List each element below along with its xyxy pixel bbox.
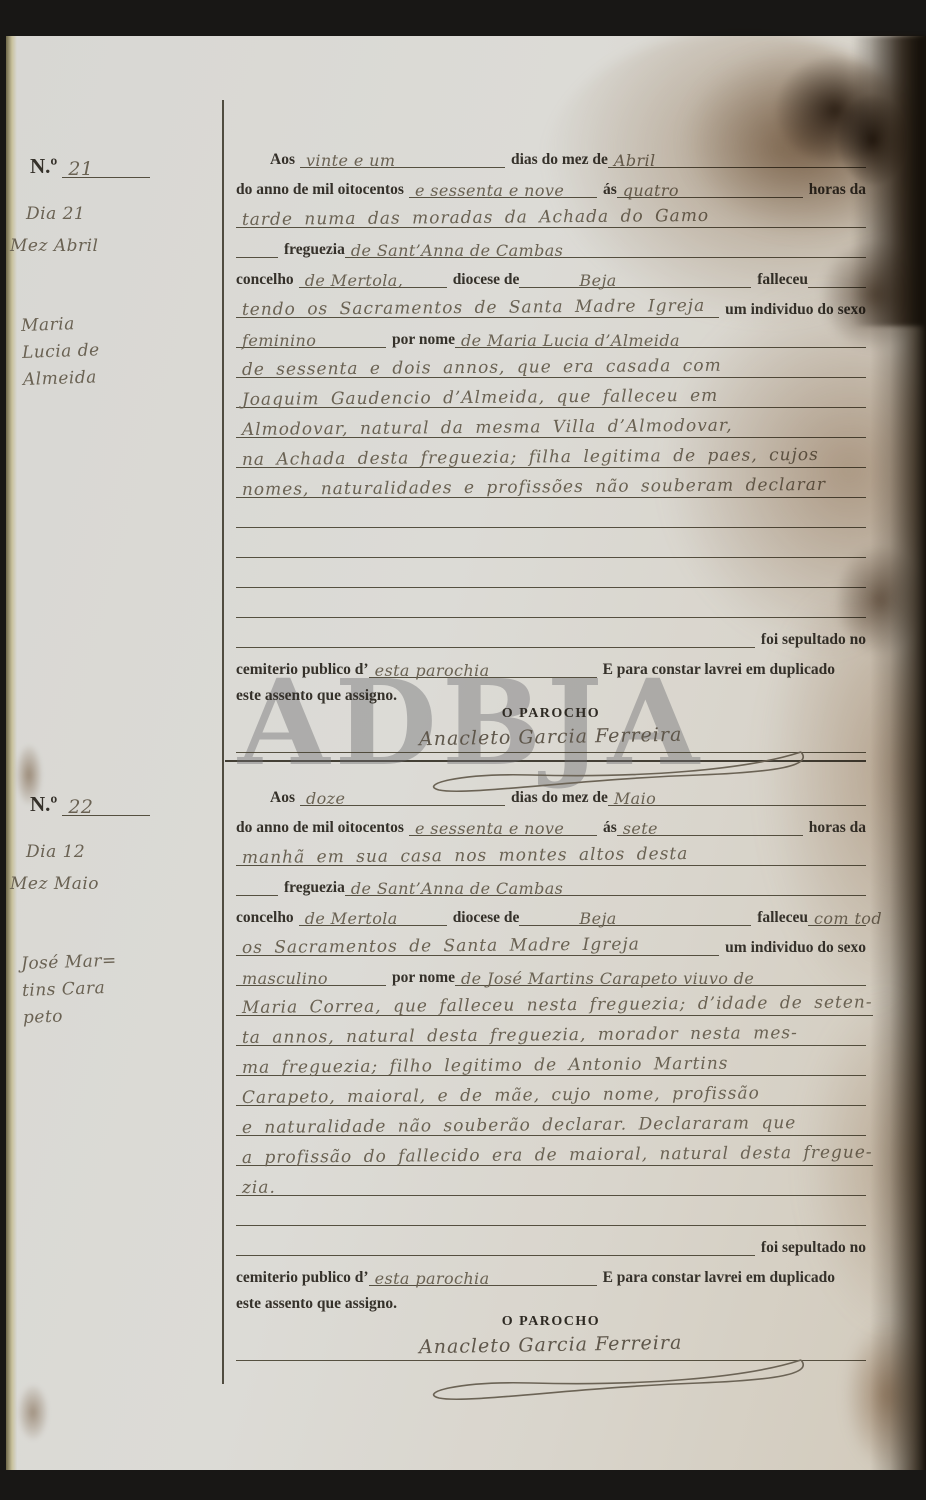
- margin-day: Dia 21: [26, 204, 85, 224]
- form-line-nome: masculino por nome de José Martins Carap…: [236, 956, 866, 986]
- label-aos: Aos: [270, 152, 300, 169]
- body-text-line: ma freguezia; filho legitimo de Antonio …: [236, 1046, 866, 1076]
- body-text-line: na Achada desta freguezia; filha legitim…: [236, 438, 866, 468]
- label-individuo-sexo: um individuo do sexo: [719, 940, 866, 957]
- label-freguezia: freguezia: [278, 880, 345, 897]
- form-line-assento: este assento que assigno.: [236, 678, 866, 704]
- margin-month: Mez Abril: [10, 236, 99, 256]
- fill-diocese: Beja: [519, 911, 616, 927]
- fill-parochia: esta parochia: [369, 1271, 490, 1287]
- body-text-line: zia.: [236, 1166, 866, 1196]
- body-text-line: nomes, naturalidades e profissões não so…: [236, 468, 866, 498]
- fill-month: Abril: [608, 153, 656, 169]
- form-line-date: Aos vinte e um dias do mez de Abril: [236, 138, 866, 168]
- label-concelho: concelho: [236, 272, 299, 289]
- form-line-sacramentos: tendo os Sacramentos de Santa Madre Igre…: [236, 288, 866, 318]
- death-record-entry-2: N.º 22 Dia 12 Mez Maio José Mar= tins Ca…: [0, 776, 866, 1361]
- fill-body-line: na Achada desta freguezia; filha legitim…: [236, 447, 819, 469]
- form-line-nome: feminino por nome de Maria Lucia d’Almei…: [236, 318, 866, 348]
- label-este-assento: este assento que assigno.: [236, 688, 402, 705]
- form-line-cemiterio: cemiterio publico d’ esta parochia E par…: [236, 648, 866, 678]
- fill-hour: sete: [617, 821, 658, 837]
- fill-nome: de José Martins Carapeto viuvo de: [455, 971, 754, 987]
- register-scan-page: ADBJA N.º 21 Dia 21 Mez Abril Maria Luci…: [0, 0, 926, 1500]
- label-diocese: diocese de: [447, 910, 520, 927]
- form-line-place: manhã em sua casa nos montes altos desta: [236, 836, 866, 866]
- label-dias-do-mez: dias do mez de: [505, 790, 608, 807]
- name-line: peto: [23, 999, 194, 1032]
- fill-sacramentos: tendo os Sacramentos de Santa Madre Igre…: [236, 298, 705, 319]
- form-line-sacramentos: os Sacramentos de Santa Madre Igreja um …: [236, 926, 866, 956]
- signature-flourish: [411, 1354, 811, 1416]
- name-line: Almeida: [23, 361, 194, 394]
- label-foi-sepultado: foi sepultado no: [755, 632, 866, 649]
- death-record-entry-1: N.º 21 Dia 21 Mez Abril Maria Lucia de A…: [0, 138, 866, 753]
- label-cemiterio: cemiterio publico d’: [236, 662, 369, 679]
- fill-body-line: a profissão do fallecido era de maioral,…: [236, 1144, 873, 1167]
- form-line-sepultado: foi sepultado no: [236, 618, 866, 648]
- fill-body-line: nomes, naturalidades e profissões não so…: [236, 477, 826, 499]
- label-horas-da: horas da: [803, 182, 866, 199]
- body-text-line: Maria Correa, que falleceu nesta freguez…: [236, 986, 866, 1016]
- fill-day-words: vinte e um: [300, 153, 395, 169]
- label-aos: Aos: [270, 790, 300, 807]
- fill-body-line: Carapeto, maioral, e de mãe, cujo nome, …: [236, 1085, 760, 1107]
- fill-year-words: e sessenta e nove: [409, 183, 564, 199]
- fill-body-line: ma freguezia; filho legitimo de Antonio …: [236, 1056, 729, 1077]
- margin-deceased-name: José Mar= tins Cara peto: [21, 945, 194, 1032]
- signature-line: Anacleto Garcia Ferreira: [236, 1334, 866, 1361]
- label-anno: do anno de mil oitocentos: [236, 820, 409, 837]
- margin-month: Mez Maio: [10, 874, 99, 894]
- fill-concelho: de Mertola,: [299, 273, 404, 289]
- label-dias-do-mez: dias do mez de: [505, 152, 608, 169]
- body-text-line: Almodovar, natural da mesma Villa d’Almo…: [236, 408, 866, 438]
- fill-parochia: esta parochia: [369, 663, 490, 679]
- form-line-place: tarde numa das moradas da Achada do Gamo: [236, 198, 866, 228]
- fill-sacramentos: os Sacramentos de Santa Madre Igreja: [236, 936, 640, 957]
- fill-sexo: feminino: [236, 333, 316, 349]
- label-freguezia: freguezia: [278, 242, 345, 259]
- fill-body-line: de sessenta e dois annos, que era casada…: [236, 358, 722, 379]
- form-line-assento: este assento que assigno.: [236, 1286, 866, 1312]
- label-as: ás: [597, 820, 617, 837]
- label-horas-da: horas da: [803, 820, 866, 837]
- blank-rule-line: [236, 528, 866, 558]
- form-line-year-hour: do anno de mil oitocentos e sessenta e n…: [236, 806, 866, 836]
- fill-year-words: e sessenta e nove: [409, 821, 564, 837]
- fill-body-line: Joaquim Gaudencio d’Almeida, que fallece…: [236, 388, 718, 409]
- fill-body-line: Almodovar, natural da mesma Villa d’Almo…: [236, 418, 733, 439]
- label-as: ás: [597, 182, 617, 199]
- form-line-freguezia: freguezia de Sant’Anna de Cambas: [236, 866, 866, 896]
- fill-month: Maio: [608, 791, 656, 807]
- margin-deceased-name: Maria Lucia de Almeida: [21, 307, 194, 394]
- blank-rule-line: [236, 498, 866, 528]
- label-cemiterio: cemiterio publico d’: [236, 1270, 369, 1287]
- blank-rule-line: [236, 588, 866, 618]
- form-line-year-hour: do anno de mil oitocentos e sessenta e n…: [236, 168, 866, 198]
- label-por-nome: por nome: [386, 970, 455, 987]
- fill-hour: quatro: [617, 183, 679, 199]
- fill-body-line: Maria Correa, que falleceu nesta freguez…: [236, 994, 873, 1017]
- label-individuo-sexo: um individuo do sexo: [719, 302, 866, 319]
- margin-number: N.º 22: [30, 794, 210, 816]
- blank-rule-line: [236, 558, 866, 588]
- fill-body-line: e naturalidade não souberão declarar. De…: [236, 1115, 797, 1137]
- fill-falleceu: com tod: [808, 911, 882, 927]
- fill-place-line: manhã em sua casa nos montes altos desta: [236, 846, 689, 867]
- label-por-nome: por nome: [386, 332, 455, 349]
- number-label: N.º: [30, 794, 62, 816]
- form-line-freguezia: freguezia de Sant’Anna de Cambas: [236, 228, 866, 258]
- label-diocese: diocese de: [447, 272, 520, 289]
- fill-freguezia: de Sant’Anna de Cambas: [345, 243, 563, 259]
- label-anno: do anno de mil oitocentos: [236, 182, 409, 199]
- margin-number: N.º 21: [30, 156, 210, 178]
- form-line-date: Aos doze dias do mez de Maio: [236, 776, 866, 806]
- label-foi-sepultado: foi sepultado no: [755, 1240, 866, 1257]
- fill-freguezia: de Sant’Anna de Cambas: [345, 881, 563, 897]
- label-para-constar: E para constar lavrei em duplicado: [597, 662, 835, 679]
- body-text-line: ta annos, natural desta freguezia, morad…: [236, 1016, 866, 1046]
- body-text-line: e naturalidade não souberão declarar. De…: [236, 1106, 866, 1136]
- fill-body-line: zia.: [236, 1180, 276, 1197]
- fill-body-line: ta annos, natural desta freguezia, morad…: [236, 1025, 798, 1047]
- body-text-line: Carapeto, maioral, e de mãe, cujo nome, …: [236, 1076, 866, 1106]
- fill-concelho: de Mertola: [299, 911, 398, 927]
- fill-day-words: doze: [300, 791, 345, 807]
- form-line-cemiterio: cemiterio publico d’ esta parochia E par…: [236, 1256, 866, 1286]
- number-label: N.º: [30, 156, 62, 178]
- entry-form-body: Aos vinte e um dias do mez de Abril do a…: [236, 138, 866, 753]
- margin-day: Dia 12: [26, 842, 85, 862]
- entry-form-body: Aos doze dias do mez de Maio do anno de …: [236, 776, 866, 1361]
- number-value: 21: [62, 160, 93, 179]
- label-para-constar: E para constar lavrei em duplicado: [597, 1270, 835, 1287]
- fill-diocese: Beja: [519, 273, 616, 289]
- form-line-sepultado: foi sepultado no: [236, 1226, 866, 1256]
- form-line-concelho: concelho de Mertola diocese de Beja fall…: [236, 896, 866, 926]
- fill-nome: de Maria Lucia d’Almeida: [455, 333, 680, 349]
- label-falleceu: falleceu: [751, 910, 808, 927]
- label-falleceu: falleceu: [751, 272, 808, 289]
- parocho-label: O PAROCHO: [236, 1312, 866, 1334]
- fill-place-line: tarde numa das moradas da Achada do Gamo: [236, 208, 709, 229]
- body-text-line: Joaquim Gaudencio d’Almeida, que fallece…: [236, 378, 866, 408]
- number-value: 22: [62, 798, 93, 817]
- parocho-label: O PAROCHO: [236, 704, 866, 726]
- label-este-assento: este assento que assigno.: [236, 1296, 402, 1313]
- fill-sexo: masculino: [236, 971, 328, 987]
- blank-rule-line: [236, 1196, 866, 1226]
- label-concelho: concelho: [236, 910, 299, 927]
- body-text-line: de sessenta e dois annos, que era casada…: [236, 348, 866, 378]
- body-text-line: a profissão do fallecido era de maioral,…: [236, 1136, 866, 1166]
- signature-line: Anacleto Garcia Ferreira: [236, 726, 866, 753]
- form-line-concelho: concelho de Mertola, diocese de Beja fal…: [236, 258, 866, 288]
